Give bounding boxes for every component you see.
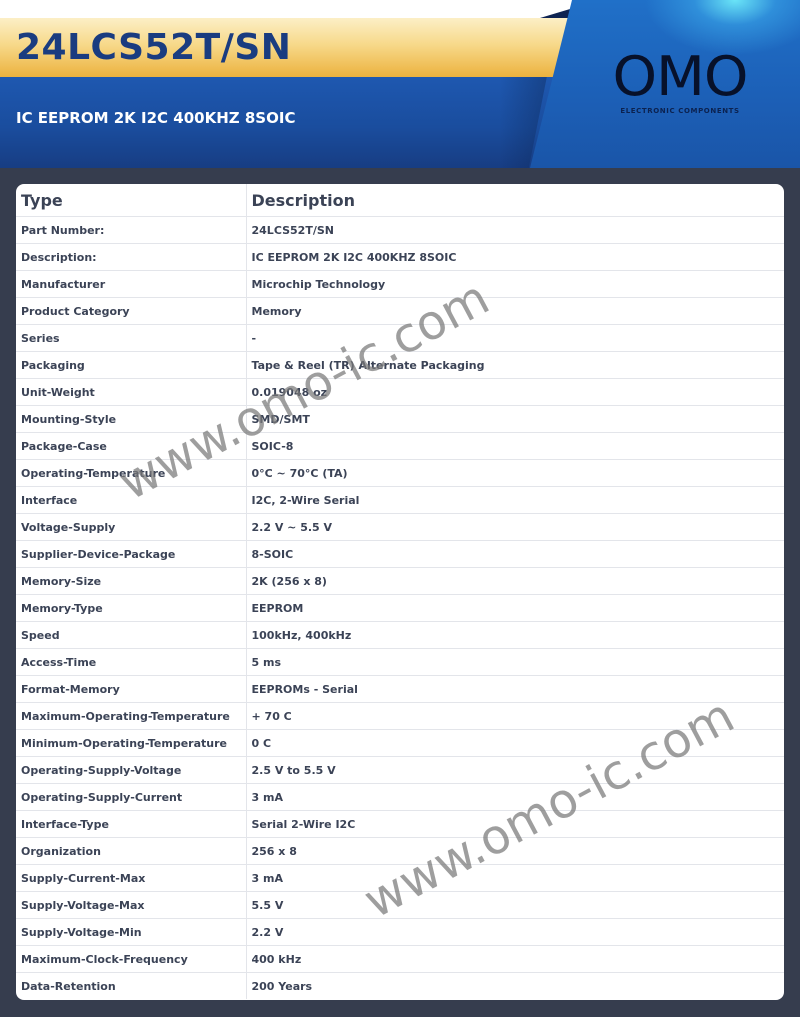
spec-type-cell: Maximum-Operating-Temperature (16, 703, 246, 730)
spec-type-cell: Format-Memory (16, 676, 246, 703)
spec-type-cell: Supply-Voltage-Max (16, 892, 246, 919)
spec-type-cell: Access-Time (16, 649, 246, 676)
spec-value-cell: 400 kHz (246, 946, 784, 973)
spec-value-cell: EEPROMs - Serial (246, 676, 784, 703)
table-row: Speed100kHz, 400kHz (16, 622, 784, 649)
spec-type-cell: Mounting-Style (16, 406, 246, 433)
spec-table-body: Part Number:24LCS52T/SNDescription:IC EE… (16, 217, 784, 1000)
spec-table-card: Type Description Part Number:24LCS52T/SN… (16, 184, 784, 1000)
table-row: Unit-Weight0.019048 oz (16, 379, 784, 406)
part-description-subtitle: IC EEPROM 2K I2C 400KHZ 8SOIC (16, 108, 295, 128)
spec-value-cell: 3 mA (246, 865, 784, 892)
table-row: Package-CaseSOIC-8 (16, 433, 784, 460)
spec-type-cell: Interface-Type (16, 811, 246, 838)
table-row: Series- (16, 325, 784, 352)
table-row: Operating-Temperature0°C ~ 70°C (TA) (16, 460, 784, 487)
table-row: Supply-Voltage-Min2.2 V (16, 919, 784, 946)
spec-type-cell: Voltage-Supply (16, 514, 246, 541)
spec-type-cell: Maximum-Clock-Frequency (16, 946, 246, 973)
table-row: Maximum-Clock-Frequency400 kHz (16, 946, 784, 973)
omo-logo: OMO ELECTRONIC COMPONENTS (600, 48, 760, 115)
spec-value-cell: Serial 2-Wire I2C (246, 811, 784, 838)
spec-value-cell: 200 Years (246, 973, 784, 1000)
spec-value-cell: 2.5 V to 5.5 V (246, 757, 784, 784)
table-row: Memory-TypeEEPROM (16, 595, 784, 622)
spec-type-cell: Series (16, 325, 246, 352)
table-row: InterfaceI2C, 2-Wire Serial (16, 487, 784, 514)
spec-value-cell: SMD/SMT (246, 406, 784, 433)
spec-type-cell: Supply-Voltage-Min (16, 919, 246, 946)
spec-type-cell: Manufacturer (16, 271, 246, 298)
spec-type-cell: Organization (16, 838, 246, 865)
spec-value-cell: Microchip Technology (246, 271, 784, 298)
column-header-description: Description (246, 184, 784, 217)
spec-type-cell: Operating-Supply-Voltage (16, 757, 246, 784)
table-row: Mounting-StyleSMD/SMT (16, 406, 784, 433)
table-row: Supply-Voltage-Max5.5 V (16, 892, 784, 919)
table-row: Description:IC EEPROM 2K I2C 400KHZ 8SOI… (16, 244, 784, 271)
table-row: ManufacturerMicrochip Technology (16, 271, 784, 298)
table-row: Part Number:24LCS52T/SN (16, 217, 784, 244)
spec-value-cell: + 70 C (246, 703, 784, 730)
spec-value-cell: 2K (256 x 8) (246, 568, 784, 595)
spec-value-cell: IC EEPROM 2K I2C 400KHZ 8SOIC (246, 244, 784, 271)
spec-type-cell: Unit-Weight (16, 379, 246, 406)
spec-value-cell: 8-SOIC (246, 541, 784, 568)
spec-type-cell: Part Number: (16, 217, 246, 244)
spec-value-cell: 0.019048 oz (246, 379, 784, 406)
spec-type-cell: Speed (16, 622, 246, 649)
table-row: Operating-Supply-Current3 mA (16, 784, 784, 811)
table-row: Operating-Supply-Voltage2.5 V to 5.5 V (16, 757, 784, 784)
part-number-title: 24LCS52T/SN (16, 26, 291, 70)
spec-value-cell: 24LCS52T/SN (246, 217, 784, 244)
header-banner: 24LCS52T/SN IC EEPROM 2K I2C 400KHZ 8SOI… (0, 0, 800, 168)
logo-mark: OMO (596, 48, 764, 106)
table-row: Minimum-Operating-Temperature0 C (16, 730, 784, 757)
spec-value-cell: 0 C (246, 730, 784, 757)
table-row: Format-MemoryEEPROMs - Serial (16, 676, 784, 703)
table-row: Organization256 x 8 (16, 838, 784, 865)
spec-value-cell: 5 ms (246, 649, 784, 676)
table-row: Supply-Current-Max3 mA (16, 865, 784, 892)
spec-value-cell: Memory (246, 298, 784, 325)
spec-type-cell: Description: (16, 244, 246, 271)
table-row: Interface-TypeSerial 2-Wire I2C (16, 811, 784, 838)
spec-value-cell: SOIC-8 (246, 433, 784, 460)
spec-value-cell: Tape & Reel (TR) Alternate Packaging (246, 352, 784, 379)
table-row: Product CategoryMemory (16, 298, 784, 325)
spec-type-cell: Data-Retention (16, 973, 246, 1000)
spec-table: Type Description Part Number:24LCS52T/SN… (16, 184, 784, 999)
spec-value-cell: - (246, 325, 784, 352)
table-row: Supplier-Device-Package8-SOIC (16, 541, 784, 568)
spec-type-cell: Memory-Size (16, 568, 246, 595)
column-header-type: Type (16, 184, 246, 217)
spec-value-cell: 256 x 8 (246, 838, 784, 865)
spec-type-cell: Package-Case (16, 433, 246, 460)
table-row: Access-Time5 ms (16, 649, 784, 676)
logo-tagline: ELECTRONIC COMPONENTS (600, 107, 760, 115)
table-row: Data-Retention200 Years (16, 973, 784, 1000)
spec-type-cell: Supply-Current-Max (16, 865, 246, 892)
spec-type-cell: Packaging (16, 352, 246, 379)
spec-type-cell: Product Category (16, 298, 246, 325)
table-header-row: Type Description (16, 184, 784, 217)
spec-value-cell: 100kHz, 400kHz (246, 622, 784, 649)
spec-value-cell: 2.2 V (246, 919, 784, 946)
spec-type-cell: Memory-Type (16, 595, 246, 622)
spec-value-cell: 2.2 V ~ 5.5 V (246, 514, 784, 541)
table-row: Maximum-Operating-Temperature+ 70 C (16, 703, 784, 730)
spec-value-cell: EEPROM (246, 595, 784, 622)
table-row: Voltage-Supply2.2 V ~ 5.5 V (16, 514, 784, 541)
spec-value-cell: 0°C ~ 70°C (TA) (246, 460, 784, 487)
spec-value-cell: I2C, 2-Wire Serial (246, 487, 784, 514)
spec-type-cell: Operating-Supply-Current (16, 784, 246, 811)
spec-value-cell: 3 mA (246, 784, 784, 811)
spec-type-cell: Operating-Temperature (16, 460, 246, 487)
spec-type-cell: Interface (16, 487, 246, 514)
spec-type-cell: Minimum-Operating-Temperature (16, 730, 246, 757)
table-row: PackagingTape & Reel (TR) Alternate Pack… (16, 352, 784, 379)
table-row: Memory-Size2K (256 x 8) (16, 568, 784, 595)
spec-value-cell: 5.5 V (246, 892, 784, 919)
spec-type-cell: Supplier-Device-Package (16, 541, 246, 568)
